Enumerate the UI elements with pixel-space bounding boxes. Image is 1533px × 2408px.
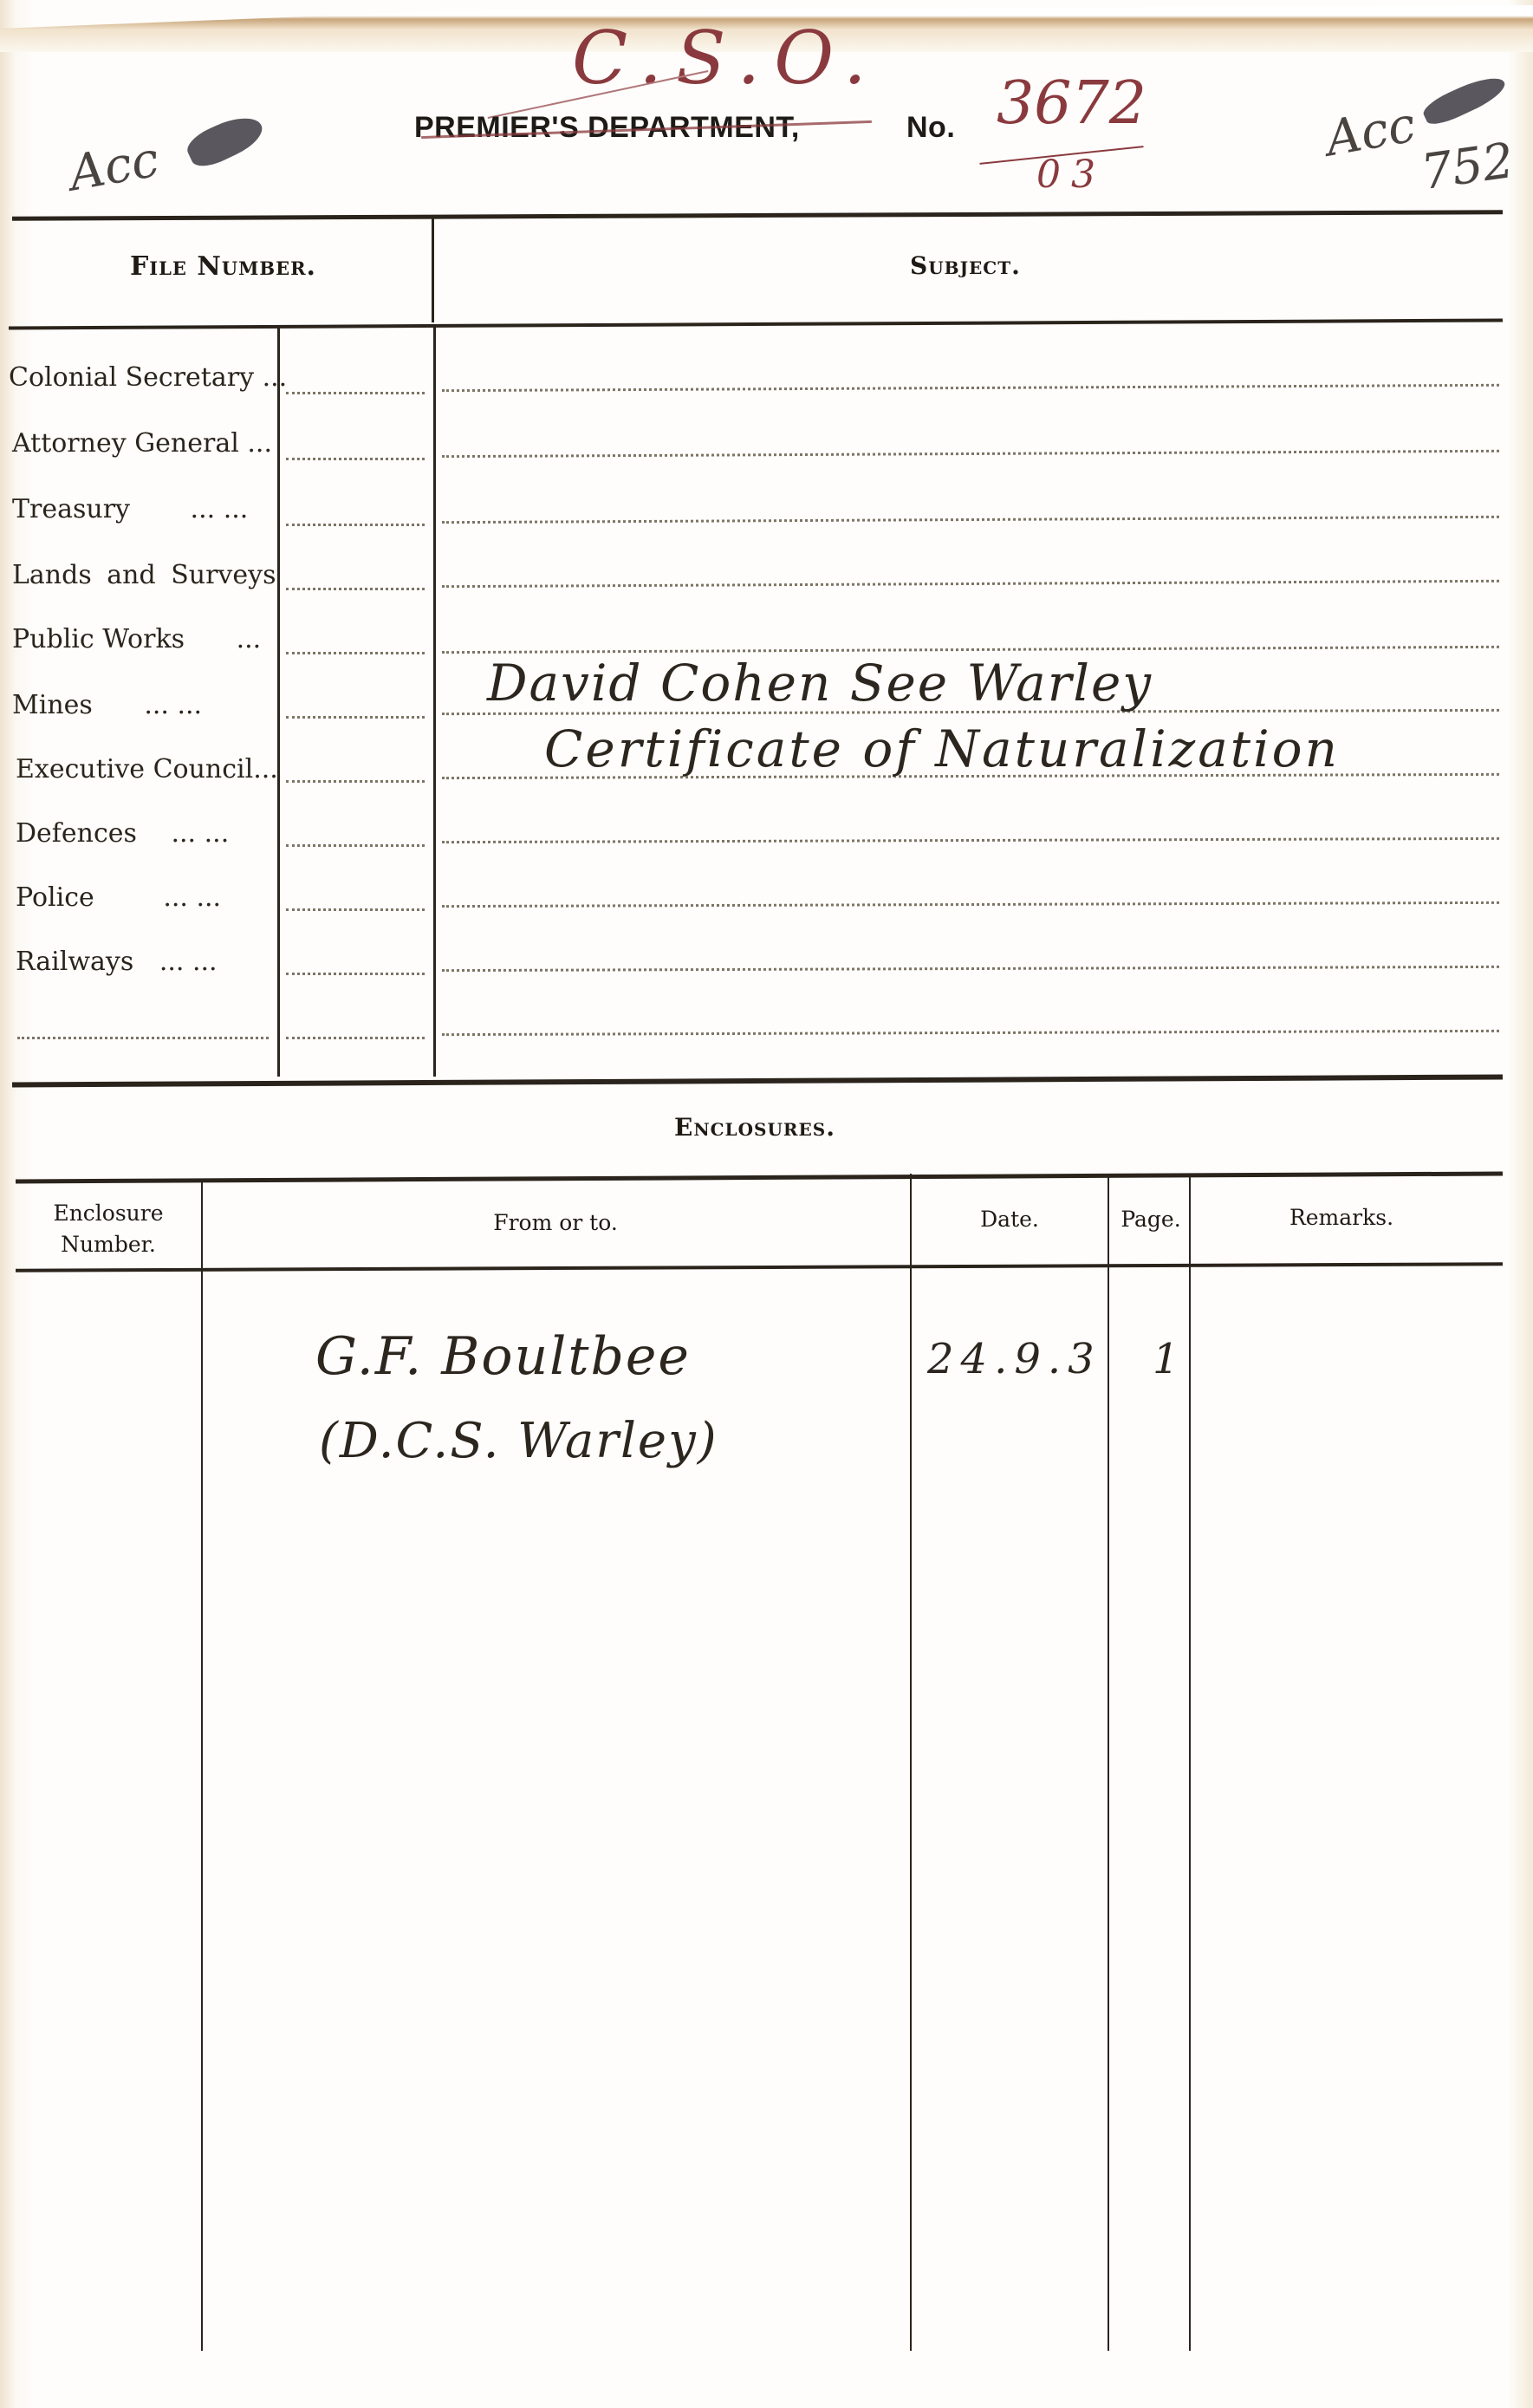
subject-line-1: David Cohen See Warley	[487, 654, 1153, 713]
dept-police: Police ... ...	[16, 882, 221, 913]
enclosure-row-page: 1	[1153, 1335, 1179, 1383]
dept-defences: Defences ... ...	[16, 818, 229, 849]
department-title: PREMIER'S DEPARTMENT,	[414, 111, 800, 145]
number-label: No.	[906, 111, 955, 145]
subject-dotline	[442, 384, 1499, 392]
subject-line-2: Certificate of Naturalization	[544, 719, 1340, 778]
document-page: C.S.O. PREMIER'S DEPARTMENT, No. 3672 03…	[0, 0, 1533, 2408]
file-number-header: File Number.	[130, 251, 316, 282]
enclosure-row-from-line1: G.F. Boultbee	[315, 1326, 691, 1387]
file-number: 3672	[997, 69, 1147, 138]
enclosure-col-divider-1	[201, 1179, 203, 2351]
file-number-dotline	[286, 780, 425, 783]
right-scribble-mark	[1419, 69, 1509, 129]
subject-dotline	[442, 901, 1499, 908]
file-number-dotline	[286, 524, 425, 526]
enclosure-col-divider-2	[910, 1174, 912, 2351]
file-year: 03	[1036, 153, 1106, 197]
enclosure-row-from-line2: (D.C.S. Warley)	[319, 1413, 718, 1469]
subject-header: Subject.	[910, 251, 1021, 280]
file-number-dotline	[286, 458, 425, 460]
file-number-dotline	[286, 652, 425, 654]
subject-dotline	[442, 966, 1499, 972]
file-number-column-left	[277, 326, 280, 1077]
file-subject-divider-top	[432, 215, 434, 322]
subject-dotline	[442, 516, 1499, 524]
subject-dotline	[442, 1030, 1499, 1036]
subject-dotline	[442, 837, 1499, 843]
dept-mines: Mines ... ...	[12, 690, 202, 720]
column-header-rule	[9, 318, 1503, 329]
file-number-column-right	[433, 326, 436, 1077]
header-rule	[12, 210, 1503, 221]
cso-stamp: C.S.O.	[572, 16, 880, 101]
left-accession-note: Acc	[65, 132, 163, 203]
file-number-dotline	[286, 588, 425, 590]
subject-dotline	[442, 580, 1499, 588]
file-number-dotline	[286, 1037, 425, 1039]
file-number-dotline	[286, 716, 425, 719]
file-number-dotline	[286, 973, 425, 975]
file-section-bottom-rule	[12, 1074, 1503, 1087]
col-header-enclosure-number: Enclosure Number.	[35, 1198, 182, 1260]
enclosures-header-rule	[16, 1262, 1503, 1272]
enclosure-row-date: 24.9.3	[927, 1335, 1101, 1383]
enclosures-top-rule	[16, 1172, 1503, 1184]
dept-railways: Railways ... ...	[16, 947, 218, 977]
col-header-page: Page.	[1111, 1207, 1191, 1232]
subject-dotline	[442, 450, 1499, 458]
right-accession-note: Acc	[1322, 97, 1419, 168]
right-accession-number: 752	[1418, 133, 1517, 201]
col-header-remarks: Remarks.	[1194, 1205, 1489, 1230]
dept-treasury: Treasury ... ...	[12, 494, 248, 524]
subject-dotline	[442, 646, 1499, 654]
blank-dept-dotline	[17, 1037, 269, 1039]
col-header-date: Date.	[912, 1207, 1108, 1232]
file-number-dotline	[286, 908, 425, 911]
file-number-dotline	[286, 844, 425, 847]
dept-colonial-secretary: Colonial Secretary ...	[9, 362, 287, 393]
enclosure-col-divider-3	[1108, 1174, 1109, 2351]
left-scribble-mark	[183, 108, 268, 172]
dept-public-works: Public Works ...	[12, 624, 261, 654]
dept-lands-and-surveys: Lands and Surveys	[12, 560, 276, 590]
col-header-from-or-to: From or to.	[205, 1210, 906, 1235]
file-number-dotline	[286, 392, 425, 394]
dept-executive-council: Executive Council...	[16, 754, 278, 784]
enclosures-title: Enclosures.	[674, 1113, 835, 1142]
dept-attorney-general: Attorney General ...	[12, 428, 272, 459]
enclosure-col-divider-4	[1189, 1177, 1191, 2351]
